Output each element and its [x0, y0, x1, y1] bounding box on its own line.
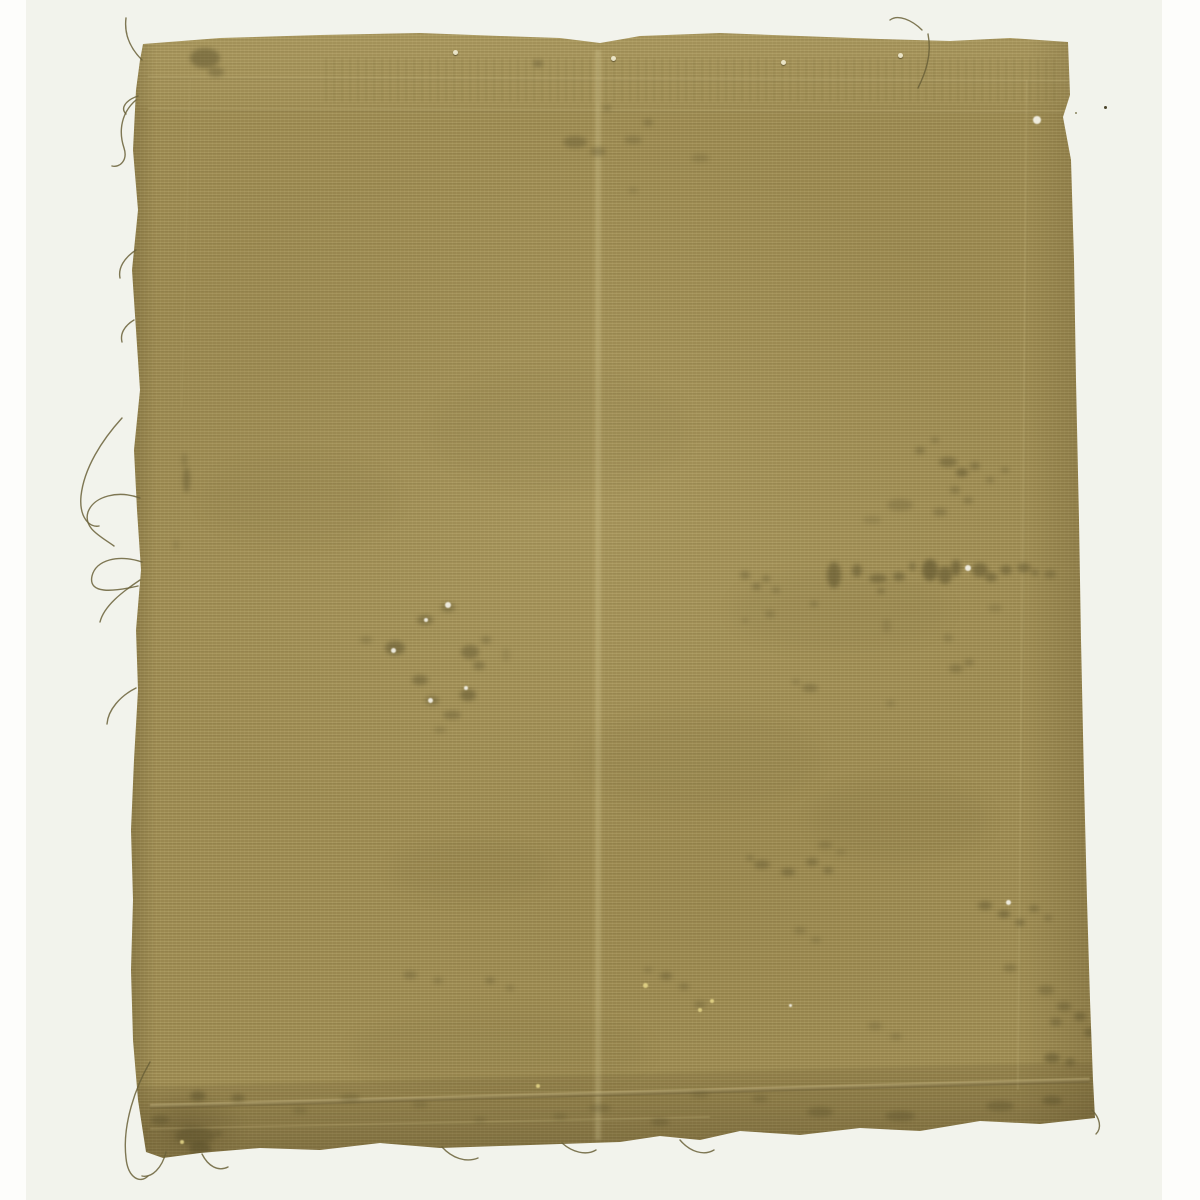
pinhole	[611, 56, 616, 61]
discoloration-mottle	[200, 455, 400, 545]
stain-mark	[1015, 919, 1025, 926]
stain-mark	[553, 1113, 567, 1120]
stain-mark	[802, 684, 818, 692]
pinhole	[453, 50, 458, 55]
stain-mark	[603, 105, 611, 111]
fabric-top-fold-band	[138, 32, 1070, 106]
stain-mark	[443, 711, 461, 719]
stain-mark	[502, 648, 510, 662]
stain-mark	[485, 977, 495, 984]
stain-mark	[949, 664, 963, 673]
white-fleck	[1033, 116, 1041, 124]
stain-mark	[433, 977, 443, 984]
stain-mark	[183, 467, 190, 493]
fabric-crease	[150, 1116, 710, 1131]
background-white-strip-right	[1162, 0, 1200, 1200]
stain-mark	[293, 1107, 307, 1114]
stain-mark	[461, 645, 479, 659]
stain-mark	[1017, 563, 1031, 573]
stain-mark	[208, 67, 224, 77]
stain-mark	[1065, 1058, 1075, 1066]
discoloration-mottle	[730, 570, 950, 650]
stain-mark	[412, 675, 428, 685]
stain-mark	[628, 187, 638, 194]
stain-mark	[964, 659, 974, 666]
white-fleck	[965, 565, 971, 571]
stain-mark	[151, 1115, 169, 1125]
stain-mark	[985, 572, 997, 582]
stain-mark	[970, 462, 980, 470]
stain-mark	[360, 636, 372, 644]
stain-mark	[215, 1131, 222, 1136]
stain-mark	[679, 983, 689, 990]
stain-mark	[986, 477, 994, 483]
discoloration-mottle	[810, 780, 990, 860]
discoloration-mottle	[390, 840, 550, 900]
stain-mark	[434, 727, 446, 733]
fabric-crease	[1017, 80, 1029, 1090]
stain-mark	[988, 604, 1002, 612]
stain-mark	[1001, 467, 1009, 473]
fabric-panel	[0, 0, 1200, 1200]
stain-mark	[481, 636, 491, 644]
stain-mark	[1044, 570, 1056, 578]
stain-mark	[792, 679, 800, 685]
stain-mark	[1057, 1002, 1071, 1011]
stain-mark	[1003, 964, 1017, 972]
yellow-fleck	[698, 1008, 702, 1012]
stain-mark	[644, 967, 652, 973]
stain-mark	[956, 468, 968, 477]
stain-mark	[915, 447, 925, 454]
stain-mark	[950, 486, 960, 494]
stain-mark	[963, 497, 973, 504]
fabric-crease	[181, 78, 192, 408]
stain-mark	[886, 700, 895, 707]
stain-mark	[190, 48, 220, 68]
white-fleck	[445, 602, 451, 608]
yellow-fleck	[643, 983, 648, 988]
stain-mark	[933, 508, 947, 516]
stain-mark	[340, 1094, 360, 1102]
stain-mark	[173, 540, 179, 550]
background-white-strip-left	[0, 0, 26, 1200]
white-fleck	[1006, 900, 1011, 905]
stain-mark	[939, 457, 957, 467]
stain-mark	[978, 901, 992, 910]
dust-speck	[1075, 112, 1077, 114]
stain-mark	[863, 516, 881, 524]
stain-mark	[403, 971, 417, 979]
stain-mark	[885, 1111, 915, 1121]
stain-mark	[182, 453, 187, 467]
stain-mark	[474, 1117, 486, 1123]
stain-mark	[811, 937, 821, 943]
stain-mark	[563, 136, 587, 148]
fabric-crease	[593, 50, 603, 1140]
stain-mark	[1031, 569, 1039, 576]
white-fleck	[391, 648, 396, 653]
stain-mark	[506, 985, 514, 991]
stain-mark	[1044, 915, 1052, 921]
stain-mark	[590, 147, 606, 156]
stain-mark	[1029, 905, 1039, 912]
stain-mark	[868, 1022, 882, 1030]
stain-mark	[752, 1095, 768, 1102]
stain-mark	[909, 562, 916, 571]
discoloration-mottle	[580, 710, 820, 810]
stain-mark	[473, 661, 485, 670]
stain-mark	[746, 855, 754, 861]
stain-mark	[781, 868, 795, 876]
stain-mark	[887, 499, 913, 511]
stain-mark	[660, 972, 672, 980]
fabric-crease	[148, 76, 1068, 83]
stain-mark	[922, 559, 938, 581]
stain-mark	[938, 566, 952, 584]
stain-mark	[986, 1101, 1014, 1111]
stain-mark	[691, 1091, 709, 1098]
stain-mark	[694, 1001, 706, 1008]
stain-mark	[1044, 1053, 1060, 1063]
stain-mark	[943, 634, 953, 642]
fabric-crease	[150, 1078, 1090, 1109]
pinhole	[781, 60, 786, 65]
photo-of-textile-panel	[0, 0, 1200, 1200]
white-fleck	[424, 618, 428, 622]
stain-mark	[651, 1118, 669, 1126]
dust-speck	[1104, 106, 1107, 109]
stain-mark	[931, 437, 939, 443]
yellow-fleck	[536, 1084, 540, 1088]
stain-mark	[823, 867, 833, 874]
stain-mark	[412, 1101, 428, 1108]
stain-mark	[951, 560, 961, 576]
white-fleck	[789, 1004, 792, 1007]
stain-mark	[806, 858, 818, 866]
stain-mark	[691, 154, 709, 162]
stain-mark	[231, 1094, 245, 1102]
stain-mark	[794, 927, 806, 934]
yellow-fleck	[710, 999, 714, 1003]
white-fleck	[464, 686, 468, 690]
stain-mark	[624, 136, 642, 144]
discoloration-mottle	[350, 1010, 650, 1090]
stain-mark	[740, 571, 750, 579]
stain-mark	[754, 860, 770, 869]
stain-mark	[190, 1091, 206, 1101]
stain-mark	[1074, 1012, 1086, 1021]
stain-mark	[460, 689, 476, 701]
stain-mark	[1000, 565, 1012, 575]
stain-mark	[1042, 1096, 1062, 1105]
pinhole	[898, 53, 903, 58]
yellow-fleck	[180, 1140, 184, 1144]
stain-mark	[807, 1107, 833, 1117]
white-fleck	[428, 698, 433, 703]
stain-mark	[890, 1033, 902, 1040]
stain-mark	[1038, 985, 1054, 995]
stain-mark	[643, 119, 653, 126]
stain-mark	[589, 1104, 611, 1112]
stain-mark	[998, 910, 1010, 918]
discoloration-mottle	[430, 370, 690, 490]
stain-mark	[1050, 1018, 1062, 1026]
stain-mark	[533, 60, 543, 67]
